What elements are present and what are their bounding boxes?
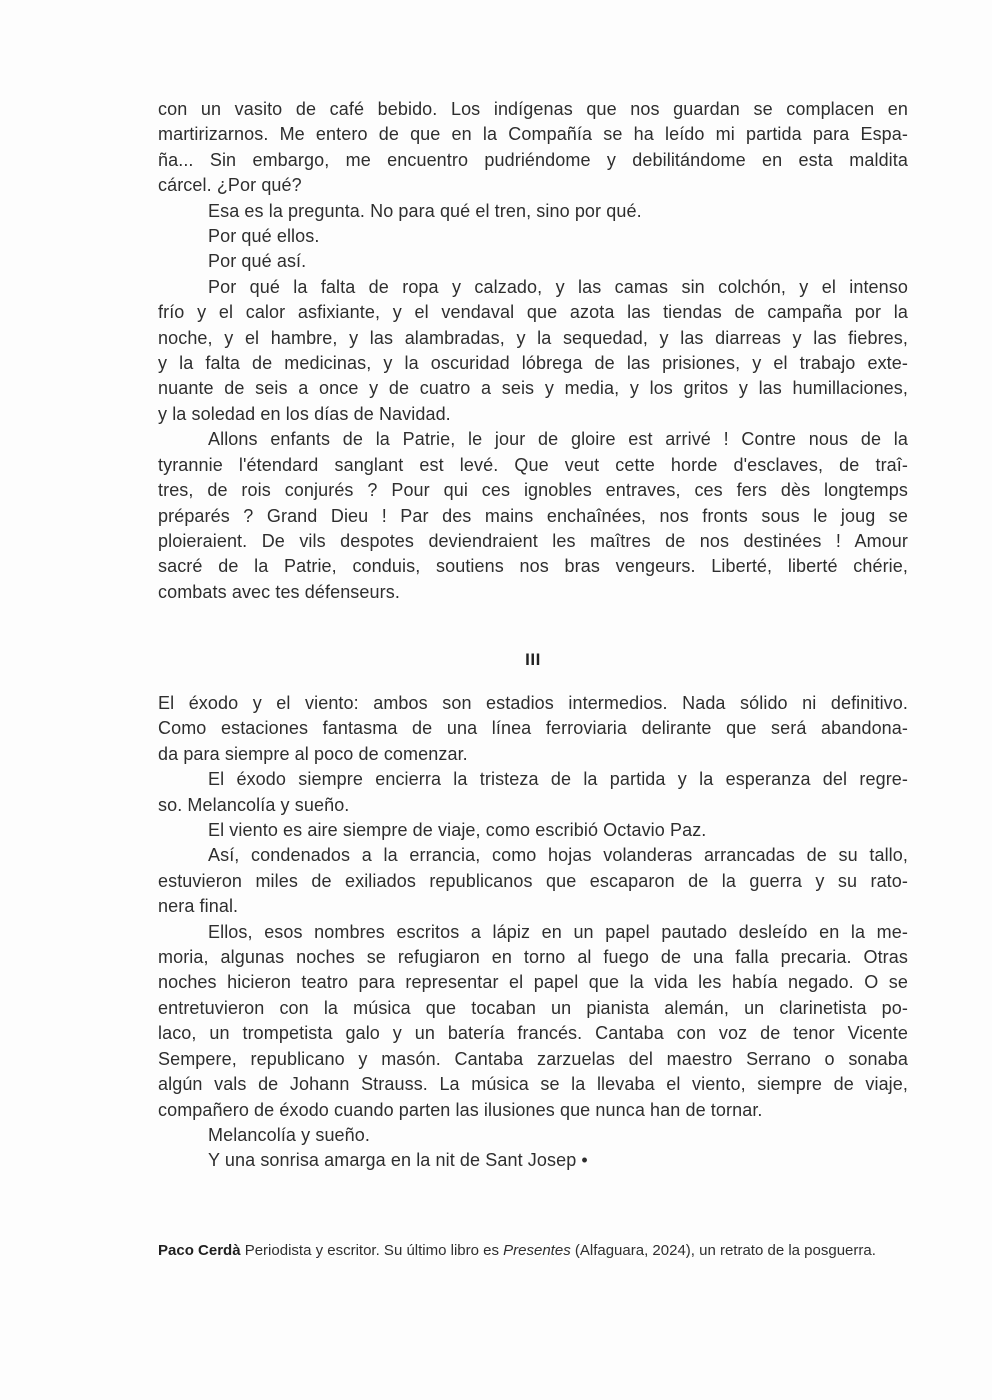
text-line: Así, condenados a la errancia, como hoja…	[158, 843, 908, 868]
text-line: Esa es la pregunta. No para qué el tren,…	[158, 199, 908, 224]
text-line: entretuvieron con la música que tocaban …	[158, 996, 908, 1021]
text-line: Por qué así.	[158, 249, 908, 274]
body-text-block-1: con un vasito de café bebido. Los indíge…	[158, 97, 908, 605]
author-byline: Paco Cerdà Periodista y escritor. Su últ…	[158, 1241, 918, 1261]
text-line: Por qué ellos.	[158, 224, 908, 249]
text-line: noches hicieron teatro para representar …	[158, 970, 908, 995]
text-line: Por qué la falta de ropa y calzado, y la…	[158, 275, 908, 300]
text-line: nuante de seis a once y de cuatro a seis…	[158, 376, 908, 401]
text-line: compañero de éxodo cuando parten las ilu…	[158, 1098, 908, 1123]
text-line: Allons enfants de la Patrie, le jour de …	[158, 427, 908, 452]
text-line: ña... Sin embargo, me encuentro pudriénd…	[158, 148, 908, 173]
body-text-block-2: El éxodo y el viento: ambos son estadios…	[158, 691, 908, 1174]
text-line: tres, de rois conjurés ? Pour qui ces ig…	[158, 478, 908, 503]
text-line: Como estaciones fantasma de una línea fe…	[158, 716, 908, 741]
text-line: sacré de la Patrie, conduis, soutiens no…	[158, 554, 908, 579]
text-line: El viento es aire siempre de viaje, como…	[158, 818, 908, 843]
text-line: El éxodo siempre encierra la tristeza de…	[158, 767, 908, 792]
text-line: frío y el calor asfixiante, y el vendava…	[158, 300, 908, 325]
text-line: Y una sonrisa amarga en la nit de Sant J…	[158, 1148, 908, 1173]
text-line: y la falta de medicinas, y la oscuridad …	[158, 351, 908, 376]
text-line: Ellos, esos nombres escritos a lápiz en …	[158, 920, 908, 945]
text-line: cárcel. ¿Por qué?	[158, 173, 908, 198]
author-name: Paco Cerdà	[158, 1242, 241, 1259]
text-line: préparés ? Grand Dieu ! Par des mains en…	[158, 504, 908, 529]
text-line: moria, algunas noches se refugiaron en t…	[158, 945, 908, 970]
text-line: so. Melancolía y sueño.	[158, 793, 908, 818]
text-line: nera final.	[158, 894, 908, 919]
text-line: con un vasito de café bebido. Los indíge…	[158, 97, 908, 122]
text-line: da para siempre al poco de comenzar.	[158, 742, 908, 767]
text-line: y la soledad en los días de Navidad.	[158, 402, 908, 427]
text-line: martirizarnos. Me entero de que en la Co…	[158, 122, 908, 147]
text-line: tyrannie l'étendard sanglant est levé. Q…	[158, 453, 908, 478]
section-heading-roman-numeral: III	[158, 650, 908, 670]
text-line: laco, un trompetista galo y un batería f…	[158, 1021, 908, 1046]
author-bio-after-title: (Alfaguara, 2024), un retrato de la posg…	[571, 1242, 876, 1259]
text-line: ploieraient. De vils despotes deviendrai…	[158, 529, 908, 554]
text-line: El éxodo y el viento: ambos son estadios…	[158, 691, 908, 716]
book-title: Presentes	[503, 1242, 571, 1259]
text-line: noche, y el hambre, y las alambradas, y …	[158, 326, 908, 351]
text-line: Melancolía y sueño.	[158, 1123, 908, 1148]
document-page: con un vasito de café bebido. Los indíge…	[0, 0, 992, 1400]
author-bio-before-title: Periodista y escritor. Su último libro e…	[241, 1242, 504, 1259]
text-line: estuvieron miles de exiliados republican…	[158, 869, 908, 894]
text-line: Sempere, republicano y masón. Cantaba za…	[158, 1047, 908, 1072]
text-line: algún vals de Johann Strauss. La música …	[158, 1072, 908, 1097]
text-line: combats avec tes défenseurs.	[158, 580, 908, 605]
